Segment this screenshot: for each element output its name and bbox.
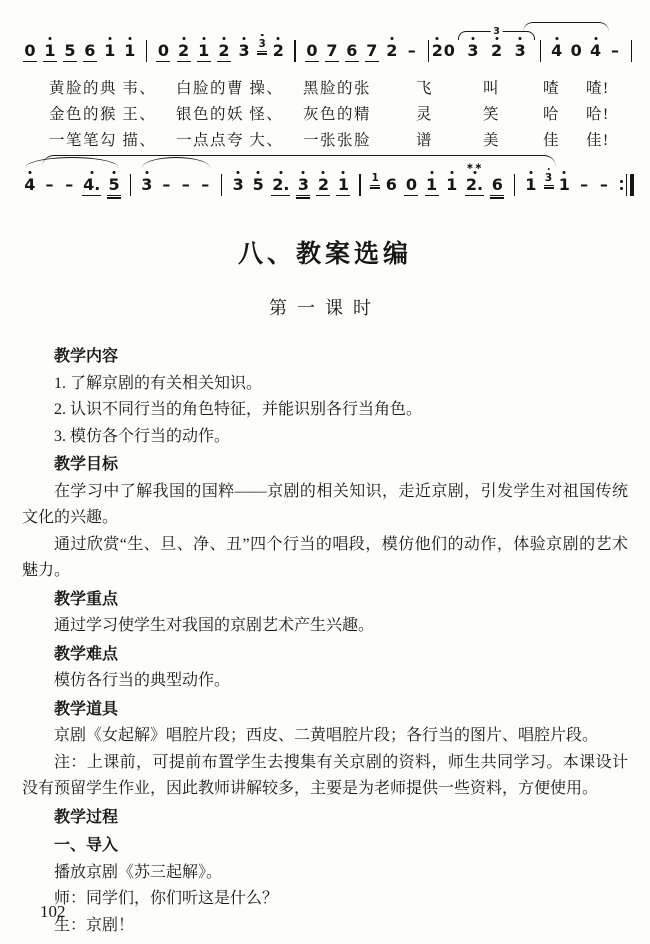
music-staff-line-2: 4––4.53–––352.321160112.∗∗6131–– — [16, 168, 634, 202]
jianpu-note: 1 — [426, 177, 438, 193]
section-heading: 教学内容 — [22, 344, 628, 371]
jianpu-note: – — [63, 177, 75, 193]
octave-dot — [279, 171, 282, 174]
lyric-cell: 黄脸的典 韦、 — [49, 76, 156, 98]
jianpu-note: – — [598, 177, 610, 193]
jianpu-note: 5 — [252, 177, 264, 193]
lyric-row: 金色的猴 王、银色的妖 怪、灰色的精灵笑哈哈! — [16, 102, 634, 128]
repeat-dots — [620, 180, 623, 190]
music-measure: 404– — [543, 34, 628, 68]
octave-dot — [261, 34, 264, 37]
octave-dot — [390, 37, 393, 40]
beam-line — [370, 185, 380, 186]
beam-line — [271, 195, 290, 196]
lyric-cell: 飞 — [416, 76, 433, 98]
beam-line — [316, 195, 330, 196]
lyric-cell: 一笔笔勾 描、 — [49, 128, 156, 150]
music-measure: 160112.∗∗6 — [363, 168, 512, 202]
beam-line — [336, 195, 350, 196]
music-measure: 131–– — [517, 168, 618, 202]
jianpu-note: 3 — [514, 43, 526, 59]
octave-dot — [519, 37, 522, 40]
lyric-cell: 一点点夸 大、 — [176, 128, 283, 150]
body-paragraph: 生：京剧！ — [22, 913, 628, 940]
jianpu-note: 3 — [258, 39, 266, 50]
lyric-cell: 谱 — [416, 128, 433, 150]
lyric-cell: 灵 — [416, 102, 433, 124]
body-paragraph: 模仿各行当的典型动作。 — [22, 668, 628, 695]
octave-dot — [436, 37, 439, 40]
jianpu-note: 1 — [446, 177, 458, 193]
beam-line — [107, 195, 121, 196]
octave-dot — [28, 171, 31, 174]
jianpu-note: 6 — [84, 43, 96, 59]
beam-line — [490, 197, 504, 198]
beam-line — [82, 195, 101, 196]
lyric-cell: 美 — [483, 128, 500, 150]
jianpu-note: 3 — [232, 177, 244, 193]
jianpu-note: – — [578, 177, 590, 193]
lyric-cell: 佳 — [543, 128, 560, 150]
jianpu-note: 0 — [157, 43, 169, 59]
music-measure: 07672– — [298, 34, 426, 68]
jianpu-note: 4 — [24, 177, 36, 193]
body-paragraph: 3. 模仿各个行当的动作。 — [22, 424, 628, 451]
octave-dot — [342, 171, 345, 174]
jianpu-note: 2. — [272, 177, 289, 193]
beam-line — [465, 195, 484, 196]
jianpu-note: – — [609, 43, 621, 59]
octave-dot — [594, 37, 597, 40]
section-heading: 教学目标 — [22, 452, 628, 479]
jianpu-note: 2 — [218, 43, 230, 59]
octave-dot — [471, 37, 474, 40]
section-heading: 一、导入 — [22, 833, 628, 860]
thin-barline — [626, 174, 628, 196]
jianpu-note: 0 — [405, 177, 417, 193]
lyric-row: 黄脸的典 韦、白脸的曹 操、黑脸的张飞叫喳喳! — [16, 76, 634, 102]
lyric-cell: 喳! — [586, 76, 610, 98]
lyric-cell: 哈! — [586, 102, 610, 124]
octave-dot — [322, 171, 325, 174]
repeat-end-barline — [620, 174, 634, 196]
jianpu-note: 6 — [385, 177, 397, 193]
music-measure: 0212332 — [149, 34, 292, 68]
beam-line — [83, 61, 97, 62]
beam-line — [217, 61, 231, 62]
jianpu-note: 1 — [558, 177, 570, 193]
jianpu-note: 3 — [297, 177, 309, 193]
triplet-group: 323 — [455, 43, 538, 59]
jianpu-note: – — [199, 177, 211, 193]
lyric-cell: 喳 — [543, 76, 560, 98]
section-heading: 教学道具 — [22, 697, 628, 724]
beam-line — [370, 187, 380, 188]
lesson-subtitle: 第一课时 — [0, 294, 650, 320]
octave-dot — [529, 171, 532, 174]
jianpu-note: 1 — [124, 43, 136, 59]
jianpu-note: 1 — [198, 43, 210, 59]
beam-line — [425, 195, 439, 196]
beam-line — [305, 61, 319, 62]
beam-line — [296, 197, 310, 198]
beam-line — [296, 195, 310, 196]
jianpu-note: – — [406, 43, 418, 59]
jianpu-note: 3 — [545, 173, 553, 184]
jianpu-note: 3 — [141, 177, 153, 193]
lyric-cell: 灰色的精 — [303, 102, 371, 124]
octave-dot — [145, 171, 148, 174]
jianpu-note: – — [160, 177, 172, 193]
scanned-book-page: 015611021233207672–20323404– 黄脸的典 韦、白脸的曹… — [0, 0, 650, 944]
jianpu-note: 4. — [83, 177, 100, 193]
lyric-cell: 一张张脸 — [303, 128, 371, 150]
jianpu-note: 2 — [431, 43, 443, 59]
barline — [221, 174, 223, 196]
beam-line — [177, 61, 191, 62]
lyrics-block: 黄脸的典 韦、白脸的曹 操、黑脸的张飞叫喳喳!金色的猴 王、银色的妖 怪、灰色的… — [16, 76, 634, 154]
jianpu-score: 015611021233207672–20323404– 黄脸的典 韦、白脸的曹… — [0, 34, 650, 202]
slur-start — [523, 22, 609, 33]
jianpu-note: – — [44, 177, 56, 193]
octave-dot — [547, 168, 550, 171]
jianpu-note: 7 — [366, 43, 378, 59]
body-paragraph: 播放京剧《苏三起解》。 — [22, 860, 628, 887]
jianpu-note: 5 — [108, 177, 120, 193]
jianpu-note: 0 — [443, 43, 455, 59]
beam-line — [544, 185, 554, 186]
body-paragraph: 2. 认识不同行当的角色特征，并能识别各行当角色。 — [22, 397, 628, 424]
octave-dot — [202, 37, 205, 40]
beam-line — [43, 61, 57, 62]
octave-dot — [90, 171, 93, 174]
jianpu-note: 2 — [491, 43, 503, 59]
barline — [359, 174, 361, 196]
beam-line — [544, 187, 554, 188]
jianpu-note: 4 — [551, 43, 563, 59]
body-paragraph: 京剧《女起解》唱腔片段；西皮、二黄唱腔片段；各行当的图片、唱腔片段。 — [22, 723, 628, 750]
beam-line — [63, 61, 77, 62]
beam-line — [197, 61, 211, 62]
lesson-plan-body: 教学内容1. 了解京剧的有关相关知识。2. 认识不同行当的角色特征，并能识别各行… — [22, 344, 628, 939]
beam-line — [490, 195, 504, 196]
jianpu-note: 1 — [337, 177, 349, 193]
lyric-cell: 哈 — [543, 102, 560, 124]
octave-dot — [277, 37, 280, 40]
music-measure: 015611 — [16, 34, 144, 68]
jianpu-note: 3 — [467, 43, 479, 59]
music-staff-line-1: 015611021233207672–20323404– — [16, 34, 634, 68]
barline — [540, 40, 542, 62]
section-heading: 教学重点 — [22, 587, 628, 614]
lyric-cell: 笑 — [483, 102, 500, 124]
jianpu-note: – — [180, 177, 192, 193]
octave-dot — [563, 171, 566, 174]
beam-line — [325, 61, 339, 62]
octave-dot — [108, 37, 111, 40]
page-title: 八、教案选编 — [0, 234, 650, 270]
octave-dot — [113, 171, 116, 174]
lyric-cell: 叫 — [483, 76, 500, 98]
octave-dot — [257, 171, 260, 174]
jianpu-note: 0 — [570, 43, 582, 59]
body-paragraph: 1. 了解京剧的有关相关知识。 — [22, 371, 628, 398]
octave-dot — [182, 37, 185, 40]
barline — [631, 40, 633, 62]
beam-line — [365, 61, 379, 62]
lyric-cell: 金色的猴 王、 — [49, 102, 156, 124]
body-paragraph: 通过欣赏“生、旦、净、丑”四个行当的唱段，模仿他们的动作，体验京剧的艺术魅力。 — [22, 532, 628, 585]
barline — [146, 40, 148, 62]
jianpu-note: 1 — [44, 43, 56, 59]
jianpu-note: 7 — [326, 43, 338, 59]
page-number: 102 — [40, 902, 66, 922]
barline — [294, 40, 296, 62]
beam-line — [404, 195, 418, 196]
octave-dot — [243, 37, 246, 40]
beam-line — [257, 53, 267, 54]
octave-dot — [128, 37, 131, 40]
section-heading: 教学过程 — [22, 805, 628, 832]
barline — [514, 174, 516, 196]
octave-dot — [237, 171, 240, 174]
beam-line — [345, 61, 359, 62]
jianpu-note: 1 — [371, 173, 379, 184]
lyric-cell: 银色的妖 怪、 — [176, 102, 283, 124]
music-measure: 20323 — [431, 34, 538, 68]
jianpu-note: 2 — [317, 177, 329, 193]
jianpu-note: 2 — [178, 43, 190, 59]
music-measure: 4––4.5 — [16, 168, 128, 202]
jianpu-note: 0 — [306, 43, 318, 59]
jianpu-note: 1 — [525, 177, 537, 193]
jianpu-note: 2 — [386, 43, 398, 59]
section-heading: 教学难点 — [22, 642, 628, 669]
beam-line — [23, 61, 37, 62]
barline — [428, 40, 430, 62]
music-measure: 3––– — [133, 168, 218, 202]
jianpu-note: 6 — [491, 177, 503, 193]
octave-dot — [48, 37, 51, 40]
octave-dot — [450, 171, 453, 174]
octave-dot — [302, 171, 305, 174]
thick-barline — [630, 174, 635, 196]
jianpu-note: 4 — [590, 43, 602, 59]
lyric-cell: 佳! — [586, 128, 610, 150]
octave-dot — [495, 37, 498, 40]
jianpu-note: 5 — [64, 43, 76, 59]
barline — [130, 174, 132, 196]
beam-line — [107, 197, 121, 198]
octave-dot — [430, 171, 433, 174]
jianpu-note: 2 — [272, 43, 284, 59]
lyric-cell: 黑脸的张 — [303, 76, 371, 98]
trill-ornament: ∗∗ — [466, 163, 483, 172]
jianpu-note: 2.∗∗ — [466, 177, 483, 193]
jianpu-note: 0 — [24, 43, 36, 59]
jianpu-note: 3 — [238, 43, 250, 59]
octave-dot — [222, 37, 225, 40]
body-paragraph: 在学习中了解我国的国粹——京剧的相关知识，走近京剧，引发学生对祖国传统文化的兴趣… — [22, 479, 628, 532]
jianpu-note: 1 — [104, 43, 116, 59]
body-paragraph: 师：同学们，你们听这是什么？ — [22, 886, 628, 913]
body-paragraph: 注：上课前，可提前布置学生去搜集有关京剧的资料，师生共同学习。本课设计没有预留学… — [22, 750, 628, 803]
jianpu-note: 6 — [346, 43, 358, 59]
music-measure: 352.321 — [224, 168, 357, 202]
beam-line — [257, 51, 267, 52]
octave-dot — [555, 37, 558, 40]
lyric-cell: 白脸的曹 操、 — [176, 76, 283, 98]
beam-line — [156, 61, 170, 62]
body-paragraph: 通过学习使学生对我国的京剧艺术产生兴趣。 — [22, 613, 628, 640]
lyric-row: 一笔笔勾 描、一点点夸 大、一张张脸谱美佳佳! — [16, 128, 634, 154]
